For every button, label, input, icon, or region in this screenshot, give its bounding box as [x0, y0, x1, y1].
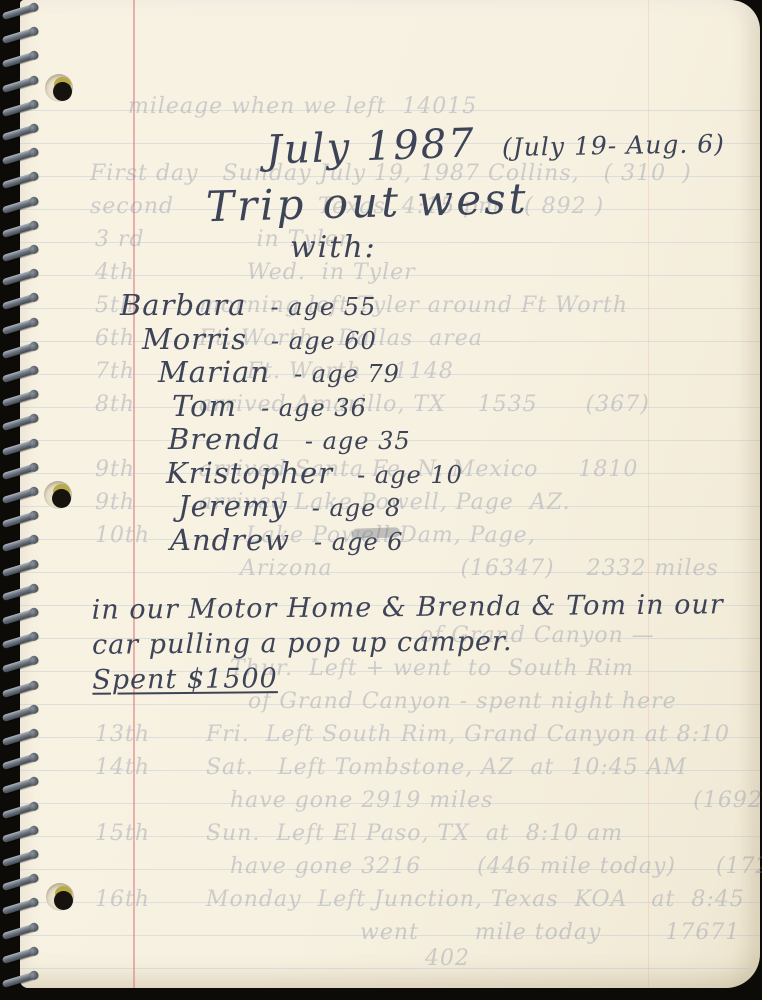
spiral-coil — [2, 487, 38, 504]
bleedthrough-line: 14th Sat. Left Tombstone, AZ at 10:45 AM — [95, 755, 687, 780]
bleedthrough-line: have gone 2919 miles (16922) — [230, 788, 762, 813]
trip-date-range: (July 19- Aug. 6) — [502, 129, 725, 162]
spiral-coil — [2, 463, 38, 480]
note-line: in our Motor Home & Brenda & Tom in our — [92, 587, 724, 628]
traveler-row: Morris- age 60 — [142, 322, 463, 356]
with-label: with: — [290, 230, 377, 265]
trip-notes: in our Motor Home & Brenda & Tom in our … — [92, 587, 725, 698]
bleedthrough-line: have gone 3216 (446 mile today) (17231) — [230, 854, 762, 879]
trip-subtitle: Trip out west — [205, 174, 529, 231]
spiral-coil — [2, 971, 38, 988]
spiral-coil — [2, 753, 38, 770]
bleedthrough-line: 15th Sun. Left El Paso, TX at 8:10 am — [95, 821, 623, 846]
note-line: car pulling a pop up camper. — [92, 622, 724, 663]
traveler-row: Marian- age 79 — [158, 355, 463, 389]
traveler-age: - age 6 — [314, 528, 404, 556]
spiral-coil — [2, 535, 38, 552]
spiral-coil — [2, 245, 38, 262]
spiral-coil — [2, 729, 38, 746]
traveler-name: Morris — [142, 322, 247, 356]
spiral-coil — [2, 317, 38, 334]
spiral-coil — [2, 390, 38, 407]
spiral-coil — [2, 124, 38, 141]
traveler-age: - age 79 — [294, 360, 400, 388]
traveler-name: Brenda — [168, 422, 281, 456]
traveler-name: Kristopher — [166, 456, 333, 490]
traveler-age: - age 8 — [312, 494, 402, 522]
spiral-coil — [2, 777, 38, 794]
bleedthrough-line: 16th Monday Left Junction, Texas KOA at … — [95, 887, 745, 912]
bleedthrough-line: 402 — [425, 946, 470, 971]
bleedthrough-line: Arizona (16347) 2332 miles — [240, 556, 719, 581]
traveler-age: - age 60 — [271, 327, 377, 355]
punch-hole-top — [45, 74, 73, 102]
spiral-coil — [2, 414, 38, 431]
bleedthrough-line: 13th Fri. Left South Rim, Grand Canyon a… — [95, 722, 730, 747]
spiral-coil — [2, 75, 38, 92]
traveler-name: Marian — [158, 355, 270, 389]
traveler-name: Andrew — [170, 523, 290, 557]
bleedthrough-line: mileage when we left 14015 — [128, 94, 477, 119]
spiral-coil — [2, 366, 38, 383]
traveler-age: - age 10 — [357, 461, 463, 489]
spiral-coil — [2, 608, 38, 625]
traveler-row: Barbara- age 55 — [120, 288, 463, 322]
travelers-list: Barbara- age 55Morris- age 60Marian- age… — [120, 288, 463, 556]
spiral-coil — [2, 221, 38, 238]
spiral-coil — [2, 51, 38, 68]
spiral-coil — [2, 172, 38, 189]
page-title: July 1987 — [265, 120, 476, 173]
spiral-coil — [2, 148, 38, 165]
traveler-row: Jeremy- age 8 — [178, 489, 463, 523]
spiral-coil — [2, 874, 38, 891]
traveler-name: Tom — [172, 389, 237, 423]
bleedthrough-line: went mile today 17671 — [360, 920, 740, 945]
spiral-coil — [2, 826, 38, 843]
spiral-coil — [2, 559, 38, 576]
spiral-coil — [2, 3, 38, 20]
traveler-row: Andrew- age 6 — [170, 523, 463, 557]
traveler-age: - age 55 — [270, 293, 376, 321]
spiral-coil — [2, 196, 38, 213]
spiral-coil — [2, 632, 38, 649]
spiral-coil — [2, 293, 38, 310]
spiral-coil — [2, 269, 38, 286]
scanned-notebook-page: mileage when we left 14015First day Sund… — [0, 0, 762, 1000]
traveler-age: - age 36 — [261, 394, 367, 422]
traveler-row: Tom- age 36 — [172, 389, 463, 423]
spiral-coil — [2, 438, 38, 455]
traveler-row: Kristopher- age 10 — [166, 456, 463, 490]
spiral-coil — [2, 100, 38, 117]
traveler-name: Jeremy — [178, 489, 288, 523]
spiral-coil — [2, 680, 38, 697]
spiral-coil — [2, 801, 38, 818]
spiral-coil — [2, 511, 38, 528]
spiral-coil — [2, 850, 38, 867]
spiral-coil — [2, 705, 38, 722]
traveler-age: - age 35 — [305, 427, 411, 455]
traveler-row: Brenda- age 35 — [168, 422, 463, 456]
punch-hole-middle — [44, 481, 72, 509]
punch-hole-bottom — [46, 883, 74, 911]
spiral-coil — [2, 922, 38, 939]
traveler-name: Barbara — [120, 288, 246, 322]
note-spent: Spent $1500 — [92, 661, 278, 698]
spiral-coil — [2, 27, 38, 44]
spiral-coil — [2, 584, 38, 601]
spiral-coil — [2, 947, 38, 964]
spiral-coil — [2, 656, 38, 673]
spiral-coil — [2, 898, 38, 915]
spiral-coil — [2, 342, 38, 359]
